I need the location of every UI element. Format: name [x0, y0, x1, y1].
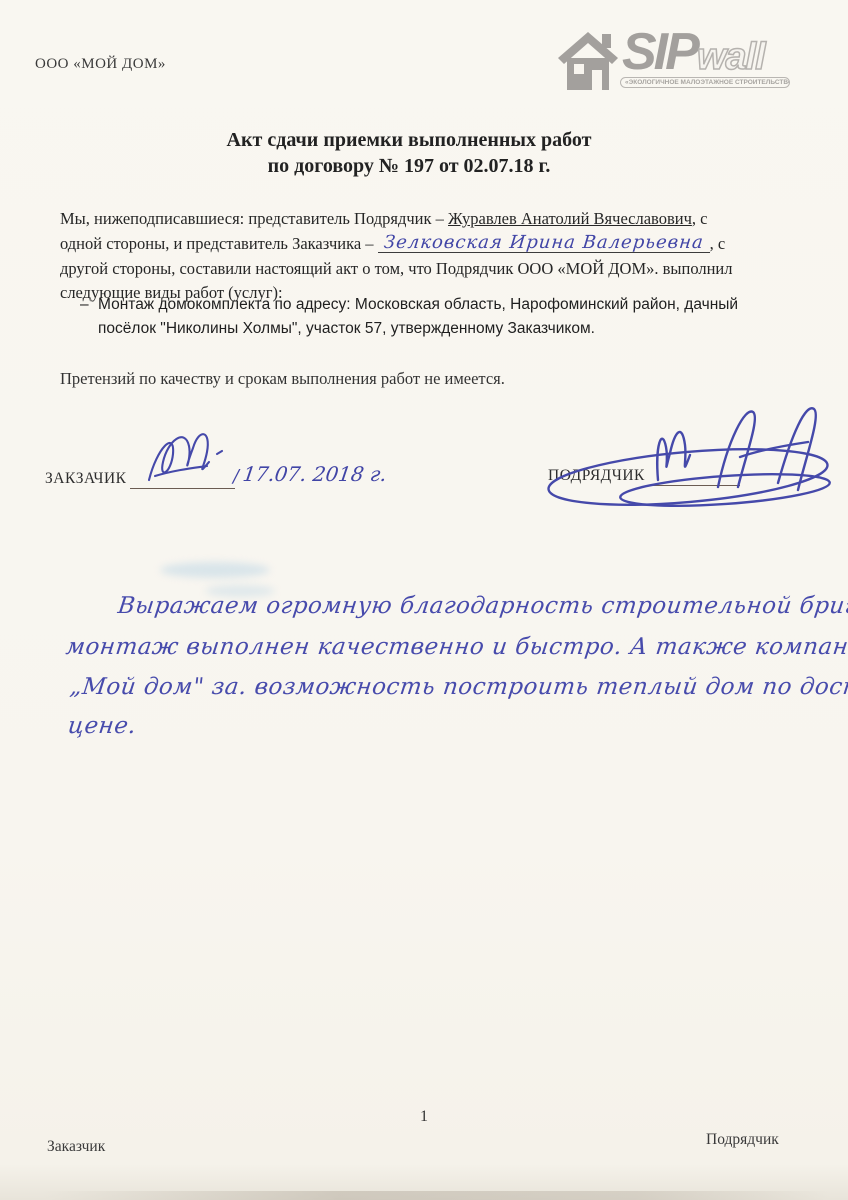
work-item-line-1: –Монтаж домокомплекта по адресу: Московс… [80, 296, 738, 314]
handwritten-date: 17.07. 2018 г. [241, 462, 388, 486]
document-title-line2: по договору № 197 от 02.07.18 г. [0, 155, 818, 178]
thank-you-note-line-1: Выражаем огромную благодарность строител… [116, 593, 848, 619]
logo-wall-text: wall [697, 36, 765, 78]
paragraph-text: , с [692, 209, 708, 228]
faint-ink-smudge [160, 562, 270, 578]
customer-name-blank-line: Зелковская Ирина Валерьевна [378, 234, 710, 253]
thank-you-note-line-2: монтаж выполнен качественно и быстро. А … [64, 634, 848, 660]
customer-signature-label: ЗАКЗАЧИК [45, 470, 127, 488]
work-item-line-2: посёлок "Николины Холмы", участок 57, ут… [98, 320, 595, 338]
contractor-signature-scribble [540, 395, 840, 510]
contractor-name: Журавлев Анатолий Вячеславович [448, 209, 692, 228]
scanned-document-page: ООО «МОЙ ДОМ» SIPwall «ЭКОЛОГИЧНОЕ МАЛОЭ… [0, 0, 848, 1200]
paragraph-text: , с [710, 234, 726, 253]
footer-contractor-label: Подрядчик [706, 1131, 779, 1149]
customer-name-handwritten: Зелковская Ирина Валерьевна [383, 232, 705, 253]
paragraph-line-3: другой стороны, составили настоящий акт … [60, 259, 796, 279]
page-number: 1 [0, 1108, 848, 1126]
scan-edge-shadow [0, 1191, 848, 1200]
bullet-marker: – [80, 296, 98, 314]
thank-you-note-line-3: „Мой дом" за. возможность построить тепл… [68, 674, 848, 700]
thank-you-note-line-4: цене. [66, 713, 137, 739]
paragraph-text: одной стороны, и представитель Заказчика… [60, 234, 378, 253]
document-title-line1: Акт сдачи приемки выполненных работ [0, 129, 818, 152]
no-claims-statement: Претензий по качеству и срокам выполнени… [60, 369, 505, 389]
company-name: ООО «МОЙ ДОМ» [35, 56, 166, 73]
paragraph-text: Мы, нижеподписавшиеся: представитель Под… [60, 209, 448, 228]
house-icon [556, 28, 620, 92]
paragraph-line-1: Мы, нижеподписавшиеся: представитель Под… [60, 209, 796, 229]
footer-customer-label: Заказчик [47, 1138, 105, 1156]
logo-tagline: «ЭКОЛОГИЧНОЕ МАЛОЭТАЖНОЕ СТРОИТЕЛЬСТВО» [620, 77, 790, 88]
sipwall-logo: SIPwall «ЭКОЛОГИЧНОЕ МАЛОЭТАЖНОЕ СТРОИТЕ… [556, 26, 796, 96]
logo-wordmark: SIPwall [622, 26, 765, 79]
logo-sip-text: SIP [622, 23, 697, 81]
work-item-text: Монтаж домокомплекта по адресу: Московск… [98, 296, 738, 313]
paragraph-line-2: одной стороны, и представитель Заказчика… [60, 234, 796, 254]
handwritten-slash: / [233, 466, 239, 487]
